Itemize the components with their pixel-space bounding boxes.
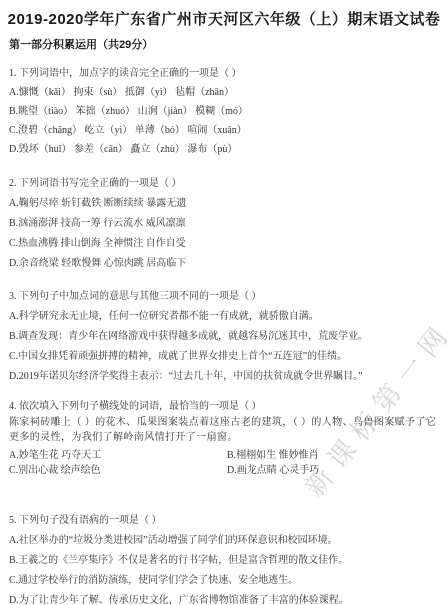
question-5-option-b: B.王羲之的《兰亭集序》不仅是著名的行书字帖，但是富含哲理的散文佳作。 [9, 551, 444, 571]
question-4-option-c: C.别出心裁 绘声绘色 [9, 463, 227, 478]
question-2: 2. 下列词语书写完全正确的一项是（ ） A.鞠躬尽瘁 斩钉截铁 断断续续 暴露… [9, 174, 444, 274]
question-3-stem: 3. 下列句子中加点词的意思与其他三项不同的一项是（ ） [9, 287, 444, 307]
exam-page: 新课标第一网 2019-2020学年广东省广州市天河区六年级（上）期末语文试卷 … [0, 0, 448, 605]
question-2-option-a: A.鞠躬尽瘁 斩钉截铁 断断续续 暴露无遗 [9, 194, 444, 214]
question-2-stem: 2. 下列词语书写完全正确的一项是（ ） [9, 174, 444, 194]
question-4-passage: 陈家祠砖雕上（ ）的花木、瓜果图案装点着这座古老的建筑，（ ）的人物、鸟兽图案赋… [9, 415, 444, 445]
question-2-option-b: B.汹涌澎湃 技高一筹 行云流水 威风凛凛 [9, 214, 444, 234]
section-heading: 第一部分积累运用（共29分） [9, 36, 448, 52]
question-2-option-c: C.热血沸腾 排山倒海 全神惯注 自作自受 [9, 234, 444, 254]
question-4-stem: 4. 依次填入下列句子横线处的词语，最恰当的一项是（ ） [9, 398, 444, 415]
question-5-stem: 5. 下列句子没有语病的一项是（ ） [9, 511, 444, 531]
question-3-option-c: C.中国女排凭着顽强拼搏的精神，成就了世界女排史上首个“五连冠”的佳绩。 [9, 347, 444, 367]
question-3: 3. 下列句子中加点词的意思与其他三项不同的一项是（ ） A.科学研究永无止境，… [9, 287, 444, 387]
question-3-option-d: D.2019年诺贝尔经济学奖得主表示：“过去几十年，中国的扶贫成就令世界瞩目。” [9, 367, 444, 387]
question-5-option-d: D.为了让青少年了解、传承历史文化，广东省博物馆准备了丰富的体验课程。 [9, 591, 444, 605]
question-5-option-a: A.社区举办的“垃圾分类进校园”活动增强了同学们的环保意识和校园环境。 [9, 531, 444, 551]
question-4-option-a: A.妙笔生花 巧夺天工 [9, 448, 227, 463]
question-4-option-b: B.栩栩如生 惟妙惟肖 [227, 448, 444, 463]
question-1-option-c: C.澄碧（chāng） 屹立（yì） 单薄（bó） 喧闹（xuān） [9, 121, 444, 140]
question-4: 4. 依次填入下列句子横线处的词语，最恰当的一项是（ ） 陈家祠砖雕上（ ）的花… [9, 398, 444, 478]
question-4-option-d: D.画龙点睛 心灵手巧 [227, 463, 444, 478]
exam-content: 2019-2020学年广东省广州市天河区六年级（上）期末语文试卷 第一部分积累运… [0, 0, 448, 605]
page-title: 2019-2020学年广东省广州市天河区六年级（上）期末语文试卷 [0, 0, 448, 29]
question-5-option-c: C.通过学校举行的消防演练，使同学们学会了快速、安全地逃生。 [9, 571, 444, 591]
question-1-stem: 1. 下列词语中，加点字的读音完全正确的一项是（ ） [9, 64, 444, 83]
question-4-options-grid: A.妙笔生花 巧夺天工 B.栩栩如生 惟妙惟肖 C.别出心裁 绘声绘色 D.画龙… [9, 448, 444, 478]
question-3-option-b: B.调查发现：青少年在网络游戏中获得越多成就，就越容易沉迷其中，荒废学业。 [9, 327, 444, 347]
question-2-option-d: D.余音绕梁 轻歌慢舞 心惊肉跳 居高临下 [9, 254, 444, 274]
question-1: 1. 下列词语中，加点字的读音完全正确的一项是（ ） A.慷慨（kǎi） 拘束（… [9, 64, 444, 159]
question-5: 5. 下列句子没有语病的一项是（ ） A.社区举办的“垃圾分类进校园”活动增强了… [9, 511, 444, 605]
question-1-option-d: D.毁坏（huǐ） 参差（cān） 矗立（zhù） 瀑布（pù） [9, 140, 444, 159]
question-1-option-b: B.眺望（tiào） 笨拙（zhuó） 山涧（jiàn） 模糊（mó） [9, 102, 444, 121]
question-3-option-a: A.科学研究永无止境，任何一位研究者都不能一有成就，就骄傲自满。 [9, 307, 444, 327]
question-1-option-a: A.慷慨（kǎi） 拘束（sù） 抵御（yì） 毡帽（zhān） [9, 83, 444, 102]
